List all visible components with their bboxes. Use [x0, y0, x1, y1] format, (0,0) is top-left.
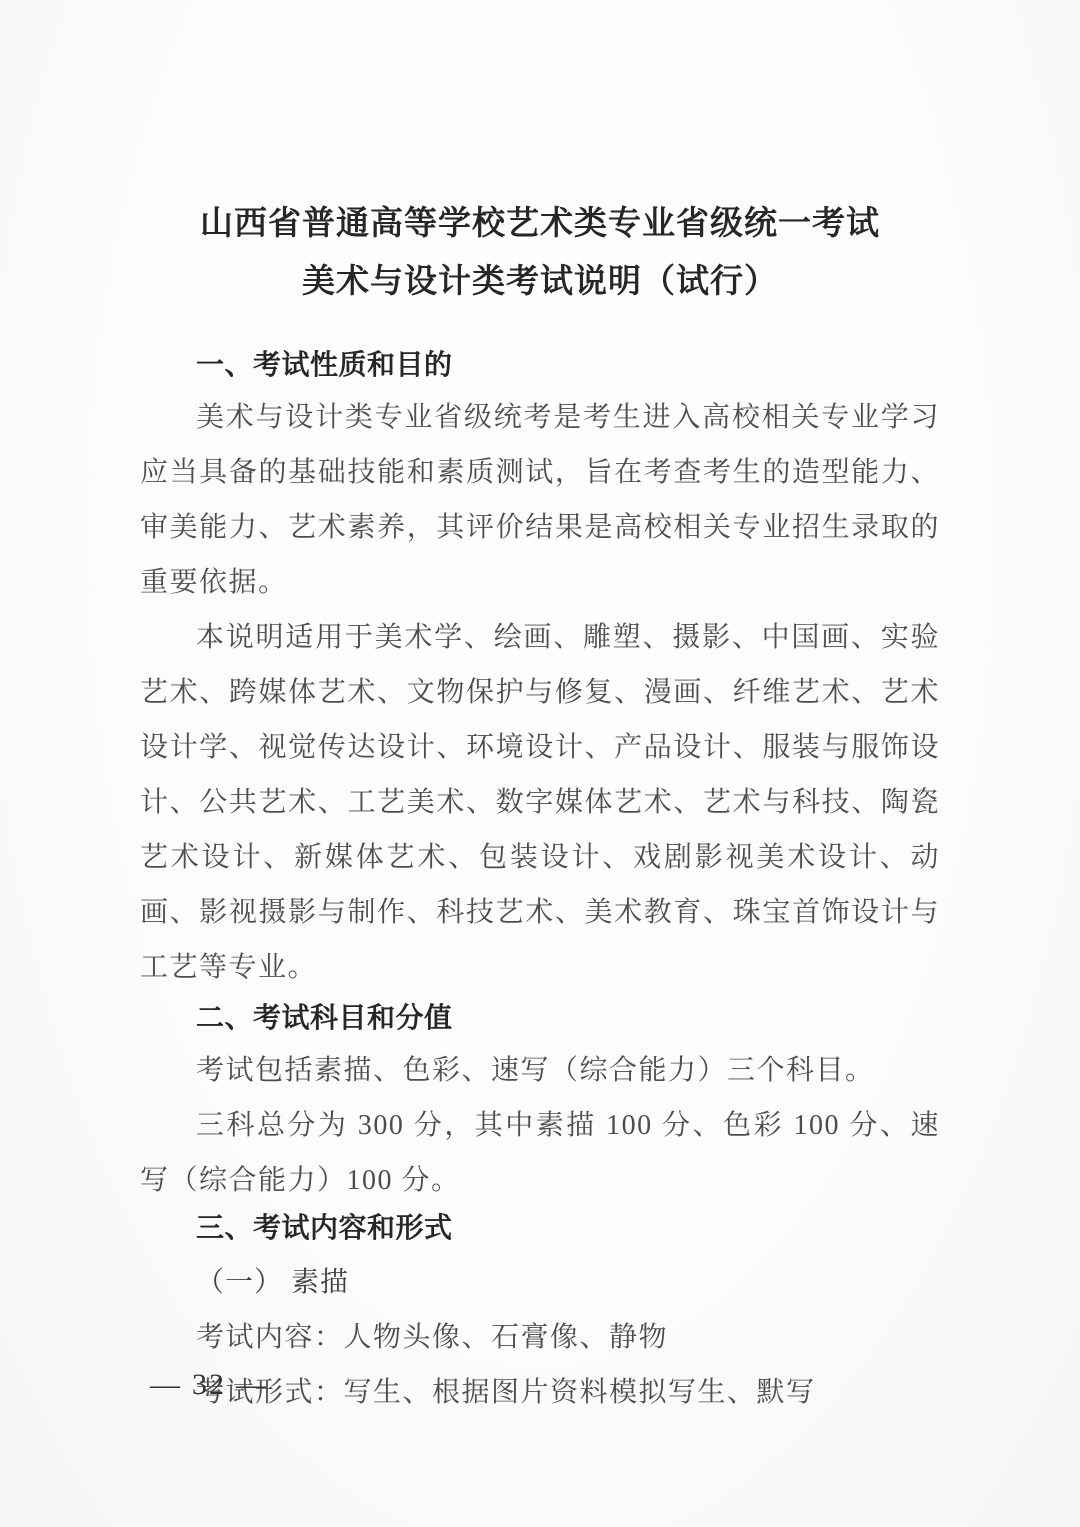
section-2-heading: 二、考试科目和分值: [140, 998, 940, 1038]
section-3-paragraph-1: 考试内容：人物头像、石膏像、静物: [140, 1310, 940, 1365]
section-1-paragraph-1: 美术与设计类专业省级统考是考生进入高校相关专业学习应当具备的基础技能和素质测试，…: [140, 390, 940, 610]
page-content: 山西省普通高等学校艺术类专业省级统一考试 美术与设计类考试说明（试行） 一、考试…: [140, 0, 940, 1420]
document-title: 山西省普通高等学校艺术类专业省级统一考试 美术与设计类考试说明（试行）: [140, 0, 940, 303]
document-page: 山西省普通高等学校艺术类专业省级统一考试 美术与设计类考试说明（试行） 一、考试…: [0, 0, 1080, 1527]
document-body: 一、考试性质和目的 美术与设计类专业省级统考是考生进入高校相关专业学习应当具备的…: [140, 345, 940, 1420]
section-2-paragraph-1: 考试包括素描、色彩、速写（综合能力）三个科目。: [140, 1043, 940, 1098]
section-3-heading: 三、考试内容和形式: [140, 1208, 940, 1248]
page-number: 32: [182, 1368, 236, 1401]
title-line-2: 美术与设计类考试说明（试行）: [140, 261, 940, 303]
title-line-1: 山西省普通高等学校艺术类专业省级统一考试: [140, 203, 940, 245]
section-1-heading: 一、考试性质和目的: [140, 345, 940, 385]
footer-dash-right: —: [236, 1368, 268, 1401]
page-footer: —32—: [150, 1368, 268, 1402]
subsection-1-heading: （一） 素描: [140, 1255, 940, 1310]
footer-dash-left: —: [150, 1368, 182, 1401]
section-2-paragraph-2: 三科总分为 300 分，其中素描 100 分、色彩 100 分、速写（综合能力）…: [140, 1098, 940, 1208]
section-1-paragraph-2: 本说明适用于美术学、绘画、雕塑、摄影、中国画、实验艺术、跨媒体艺术、文物保护与修…: [140, 610, 940, 995]
